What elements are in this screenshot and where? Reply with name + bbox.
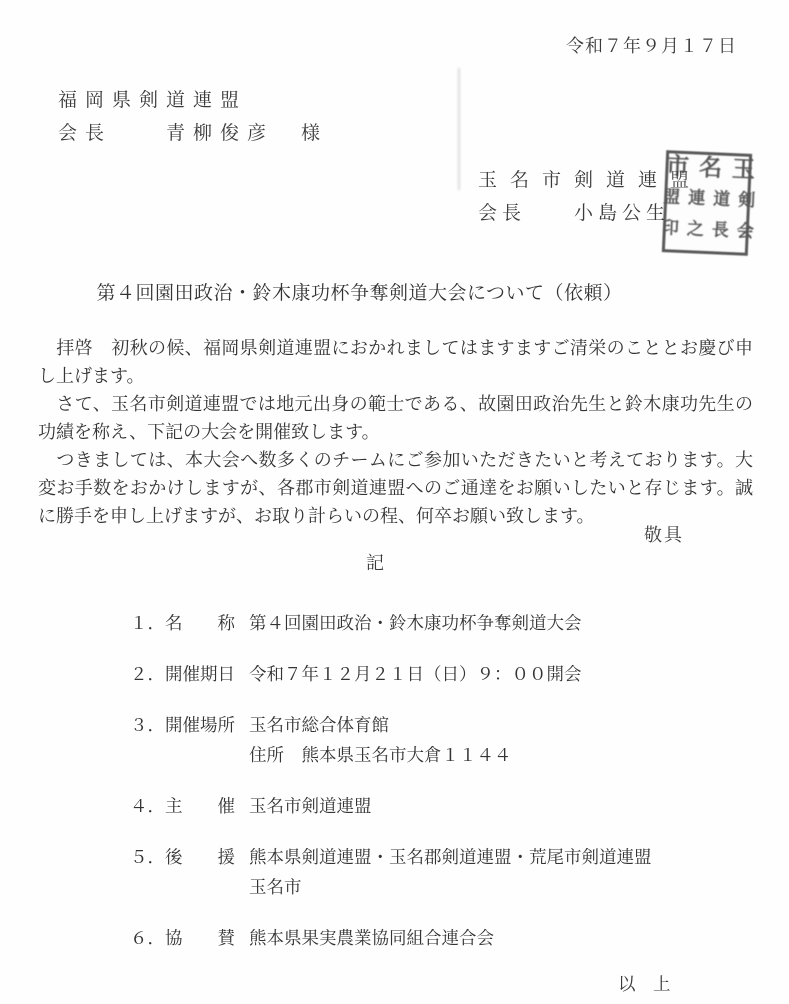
- letter-title: 第４回園田政治・鈴木康功杯争奪剣道大会について（依頼）: [0, 278, 719, 305]
- item-value-group: 玉名市剣道連盟: [249, 791, 372, 821]
- list-item-sponsor: ６． 協 賛 熊本県果実農業協同組合連合会: [130, 923, 759, 953]
- item-label: 主 催: [165, 791, 241, 821]
- recipient-organization: 福岡県剣道連盟: [58, 84, 328, 117]
- scanned-letter-page: 令和７年９月１７日 福岡県剣道連盟 会長 青柳俊彦 様 玉名市剣道連盟 会長 小…: [0, 0, 789, 1004]
- list-item-organizer: ４． 主 催 玉名市剣道連盟: [130, 791, 759, 821]
- list-item-date: ２． 開催期日 令和７年１２月２１日（日）９：００開会: [130, 659, 759, 689]
- seal-column-left: 会長之印: [655, 218, 756, 253]
- item-value: 玉名市剣道連盟: [249, 791, 372, 821]
- item-label: 協 賛: [165, 923, 241, 953]
- recipient-block: 福岡県剣道連盟 会長 青柳俊彦 様: [58, 84, 328, 150]
- closing-keigu: 敬具: [644, 521, 684, 547]
- item-label: 開催期日: [165, 659, 241, 689]
- seal-column-right: 玉名市: [658, 153, 758, 191]
- item-value-group: 令和７年１２月２１日（日）９：００開会: [249, 659, 582, 689]
- scan-artifact-streak: [458, 68, 460, 190]
- item-number: ３．: [130, 710, 165, 770]
- item-value-group: 熊本県果実農業協同組合連合会: [249, 923, 494, 953]
- paragraph-purpose: さて、玉名市剣道連盟では地元出身の範士である、故園田政治先生と鈴木康功先生の功績…: [38, 390, 753, 446]
- item-label: 名 称: [165, 608, 241, 638]
- list-item-supporters: ５． 後 援 熊本県剣道連盟・玉名郡剣道連盟・荒尾市剣道連盟 玉名市: [130, 842, 759, 902]
- item-number: ２．: [130, 659, 165, 689]
- end-note-ijou: 以 上: [618, 971, 671, 996]
- item-value-group: 玉名市総合体育館 住所 熊本県玉名市大倉１１４４: [249, 710, 512, 770]
- paragraph-greeting: 拝啓 初秋の候、福岡県剣道連盟におかれましてはますますご清栄のこととお慶び申し上…: [38, 334, 753, 390]
- item-value-line2: 玉名市: [249, 872, 652, 902]
- official-seal-stamp: 玉名市 剣道連盟 会長之印: [662, 150, 752, 256]
- item-number: ６．: [130, 923, 165, 953]
- item-value-group: 熊本県剣道連盟・玉名郡剣道連盟・荒尾市剣道連盟 玉名市: [249, 842, 652, 902]
- item-value: 第４回園田政治・鈴木康功杯争奪剣道大会: [249, 608, 582, 638]
- item-label: 開催場所: [165, 710, 241, 770]
- paragraph-request: つきましては、本大会へ数多くのチームにご参加いただきたいと考えております。大変お…: [38, 446, 753, 530]
- recipient-person: 会長 青柳俊彦 様: [58, 117, 328, 150]
- letter-body: 拝啓 初秋の候、福岡県剣道連盟におかれましてはますますご清栄のこととお慶び申し上…: [38, 334, 753, 530]
- item-number: ４．: [130, 791, 165, 821]
- letter-date: 令和７年９月１７日: [566, 32, 737, 58]
- record-heading-ki: 記: [366, 549, 384, 575]
- detail-items-list: １． 名 称 第４回園田政治・鈴木康功杯争奪剣道大会 ２． 開催期日 令和７年１…: [130, 608, 759, 974]
- item-value-group: 第４回園田政治・鈴木康功杯争奪剣道大会: [249, 608, 582, 638]
- item-value: 熊本県果実農業協同組合連合会: [249, 923, 494, 953]
- item-value: 玉名市総合体育館: [249, 710, 512, 740]
- item-number: １．: [130, 608, 165, 638]
- seal-column-middle: 剣道連盟: [656, 187, 757, 222]
- item-value-line2: 住所 熊本県玉名市大倉１１４４: [249, 740, 512, 770]
- list-item-venue: ３． 開催場所 玉名市総合体育館 住所 熊本県玉名市大倉１１４４: [130, 710, 759, 770]
- item-number: ５．: [130, 842, 165, 902]
- item-value: 熊本県剣道連盟・玉名郡剣道連盟・荒尾市剣道連盟: [249, 842, 652, 872]
- item-value: 令和７年１２月２１日（日）９：００開会: [249, 659, 582, 689]
- list-item-name: １． 名 称 第４回園田政治・鈴木康功杯争奪剣道大会: [130, 608, 759, 638]
- item-label: 後 援: [165, 842, 241, 902]
